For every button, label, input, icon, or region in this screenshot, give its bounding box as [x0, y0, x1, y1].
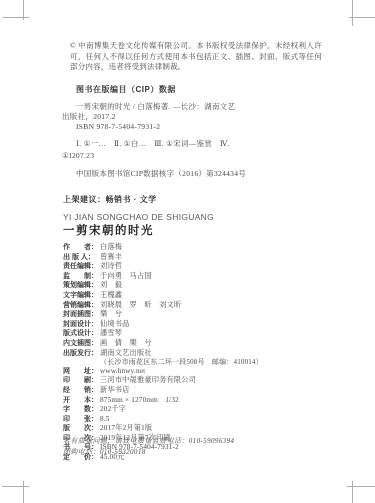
credit-row: 开 本：875mm × 1270mm 1/32: [63, 396, 343, 406]
crop-mark-bottom-left-v: [23, 481, 24, 503]
credit-label: 版 次：: [63, 425, 100, 434]
credit-row: 文字编辑：王槐鑫: [63, 291, 343, 301]
publication-credits: 作 者：白落梅 出 版 人：曾赛丰 责任编辑：刘诗哲 监 制：于向勇 马占国 策…: [63, 243, 343, 463]
credit-row: 营销编辑：刘晓晨 罗 昕 刘文昕: [63, 301, 343, 311]
credit-label: 策划编辑：: [63, 282, 100, 291]
credit-row: 策划编辑：刘 毅: [63, 281, 343, 291]
copyright-notice: © 中南博集天卷文化传媒有限公司。本书版权受法律保护。未经权利人许可，任何人不得…: [70, 41, 322, 73]
credit-row: 字 数：202千字: [63, 405, 343, 415]
credit-address-line: （长沙市雨花区东二环一段508号 邮编：410014）: [100, 358, 343, 367]
credit-label: 出 版 人：: [63, 254, 100, 263]
credit-label: 封面设计：: [63, 321, 100, 330]
credit-value: 新华书店: [100, 386, 130, 394]
credit-value: 樂 兮: [100, 310, 122, 318]
credit-row: 内文插图：画 倩 樂 兮: [63, 339, 343, 349]
credit-label: 作 者：: [63, 244, 100, 253]
credit-label: 开 本：: [63, 397, 100, 406]
credit-value: 仙境书品: [100, 320, 130, 328]
crop-mark-top-left-h: [3, 17, 29, 18]
quality-hotline-footer: 若有质量问题，请致电质量监督电话：010-59096394 团购电话：010-5…: [63, 436, 234, 457]
crop-mark-top-right-v: [352, 0, 353, 26]
credit-label: 版式设计：: [63, 330, 100, 339]
title-pinyin: YI JIAN SONGCHAO DE SHIGUANG: [63, 212, 214, 222]
credit-row: 责任编辑：刘诗哲: [63, 262, 343, 272]
credit-row: 封面插图：樂 兮: [63, 310, 343, 320]
credit-value: 刘晓晨 罗 昕 刘文昕: [100, 301, 181, 309]
credit-value: 875mm × 1270mm 1/32: [100, 396, 179, 404]
cip-classification-line2: ①I207.23: [62, 151, 94, 160]
credit-row: 封面设计：仙境书品: [63, 320, 343, 330]
crop-mark-bottom-right-h: [347, 486, 375, 487]
credit-row: 印 张：8.5: [63, 415, 343, 425]
credit-row: 监 制：于向勇 马占国: [63, 272, 343, 282]
credit-value: 湖南文艺出版社: [100, 349, 152, 357]
credit-value: 202千字: [100, 405, 126, 413]
cip-description-line2: 出版社，2017.2: [62, 111, 116, 122]
credit-row: 经 销：新华书店: [63, 386, 343, 396]
credit-label: 文字编辑：: [63, 292, 100, 301]
credit-value: 画 倩 樂 兮: [100, 339, 152, 347]
credit-value: 王槐鑫: [100, 291, 122, 299]
credit-value: 于向勇 马占国: [100, 272, 152, 280]
credit-value: www.hnwy.net: [100, 367, 145, 375]
credit-label: 营销编辑：: [63, 302, 100, 311]
credit-label: 内文插图：: [63, 340, 100, 349]
credit-row: 版式设计：潘雪琴: [63, 329, 343, 339]
book-title: 一剪宋朝的时光: [63, 222, 154, 238]
group-purchase-line: 团购电话：010-59320018: [63, 447, 234, 458]
cip-registry-number: 中国版本图书馆CIP数据核字（2016）第324434号: [76, 168, 246, 179]
credit-value: 刘 毅: [100, 281, 122, 289]
cip-isbn: ISBN 978-7-5404-7931-2: [76, 122, 160, 131]
credit-row: 出 版 人：曾赛丰: [63, 253, 343, 263]
crop-mark-top-right-h: [349, 17, 375, 18]
credit-row: 网 址：www.hnwy.net: [63, 367, 343, 377]
credit-value: 刘诗哲: [100, 262, 122, 270]
credit-label: 监 制：: [63, 273, 100, 282]
credit-row: 版 次：2017年2月第1版: [63, 424, 343, 434]
shelf-advice: 上架建议：畅销书 · 文学: [63, 194, 157, 205]
credit-label: 责任编辑：: [63, 263, 100, 272]
credit-label: 印 张：: [63, 416, 100, 425]
crop-mark-bottom-left-h: [2, 486, 29, 487]
credit-value: 白落梅: [100, 243, 122, 251]
crop-mark-bottom-right-v: [352, 481, 353, 503]
credit-label: 印 刷：: [63, 377, 100, 386]
credit-label: 网 址：: [63, 368, 100, 377]
credit-row: 出版发行：湖南文艺出版社 （长沙市雨花区东二环一段508号 邮编：410014）: [63, 349, 343, 367]
credit-label: 经 销：: [63, 387, 100, 396]
cip-classification-line1: Ⅰ. ①一… Ⅱ. ①白… Ⅲ. ①宋词—鉴赏 Ⅳ.: [76, 138, 230, 149]
credit-value: 潘雪琴: [100, 329, 122, 337]
credit-row: 印 刷：三河市中晟雅豪印务有限公司: [63, 376, 343, 386]
credit-value: 三河市中晟雅豪印务有限公司: [100, 376, 196, 384]
credit-label: 出版发行：: [63, 350, 100, 359]
cip-heading: 图书在版编目（CIP）数据: [76, 84, 176, 95]
credit-row: 作 者：白落梅: [63, 243, 343, 253]
quality-hotline-line: 若有质量问题，请致电质量监督电话：010-59096394: [63, 436, 234, 447]
credit-value: 2017年2月第1版: [100, 424, 152, 432]
credit-label: 字 数：: [63, 406, 100, 415]
credit-value: 曾赛丰: [100, 253, 122, 261]
credit-label: 封面插图：: [63, 311, 100, 320]
credit-value: 8.5: [100, 415, 110, 423]
colophon-page: © 中南博集天卷文化传媒有限公司。本书版权受法律保护。未经权利人许可，任何人不得…: [0, 0, 375, 503]
